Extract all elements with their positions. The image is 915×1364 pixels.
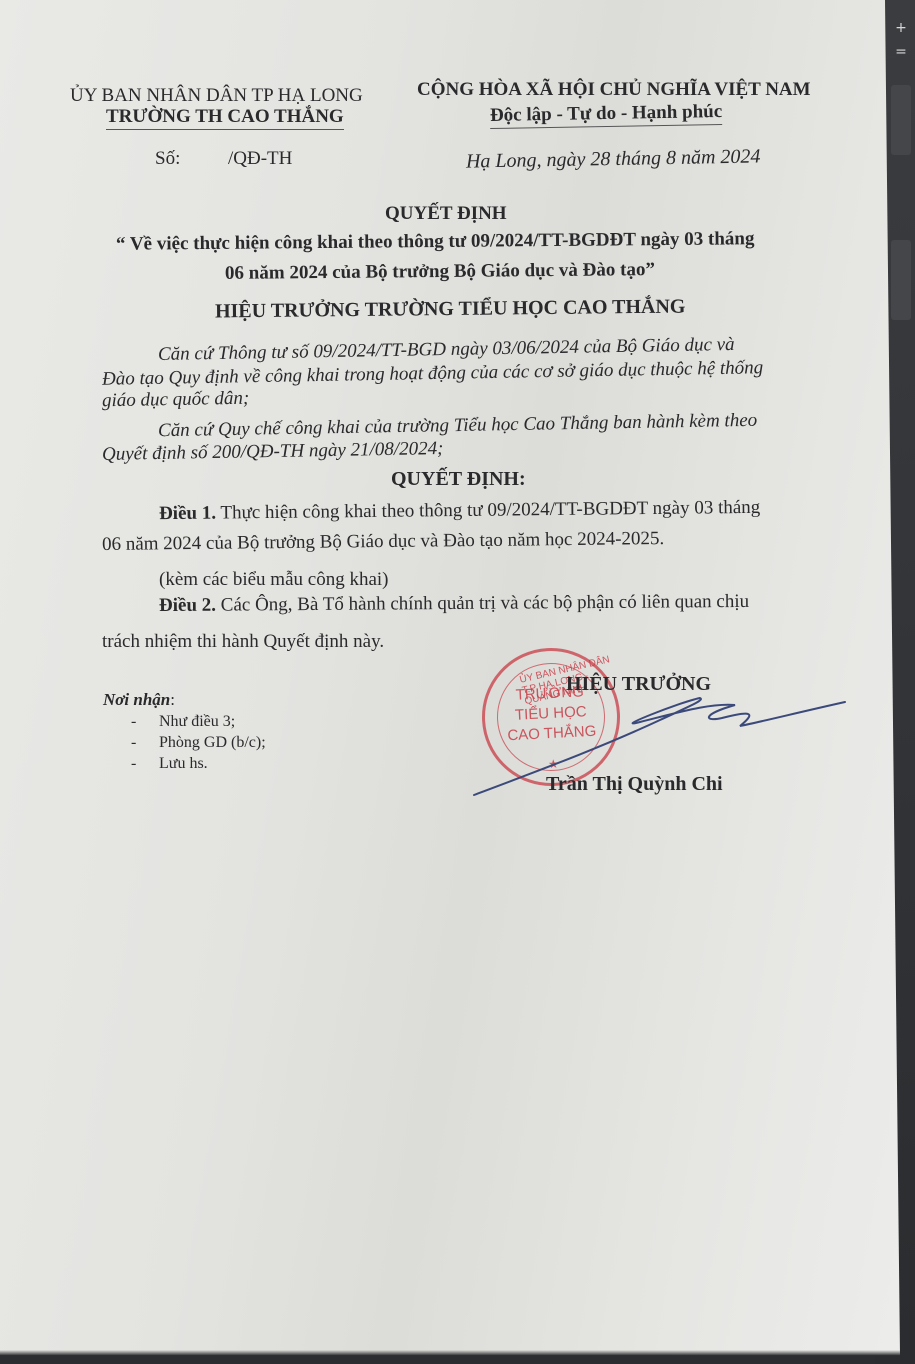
subject-line-2: 06 năm 2024 của Bộ trưởng Bộ Giáo dục và… xyxy=(225,259,655,285)
place-date: Hạ Long, ngày 28 tháng 8 năm 2024 xyxy=(466,145,761,173)
equals-key-icon: = xyxy=(889,44,913,60)
recipients-list: -Như điều 3; -Phòng GD (b/c); -Lưu hs. xyxy=(131,711,266,774)
issuing-authority: ỦY BAN NHÂN DÂN TP HẠ LONG xyxy=(70,85,363,107)
recipient-item: -Như điều 3; xyxy=(131,711,266,732)
document-page: ỦY BAN NHÂN DÂN TP HẠ LONG TRƯỜNG TH CAO… xyxy=(0,0,900,1356)
article-2-label: Điều 2. xyxy=(159,595,216,616)
keyboard-key xyxy=(891,85,911,155)
school-name: TRƯỜNG TH CAO THẮNG xyxy=(106,106,344,130)
doc-number-label: Số: xyxy=(155,148,180,170)
signer-name: Trần Thị Quỳnh Chi xyxy=(546,773,723,796)
recipient-item: -Lưu hs. xyxy=(131,753,266,774)
official-seal: ỦY BAN NHÂN DÂN T.P HẠ LONG · QUẢNG NINH… xyxy=(478,644,623,789)
subject-line-1: “ Về việc thực hiện công khai theo thông… xyxy=(116,228,755,256)
article-1-label: Điều 1. xyxy=(159,503,216,525)
recipients-label: Nơi nhận: xyxy=(103,690,175,710)
article-1-line-2: 06 năm 2024 của Bộ trưởng Bộ Giáo dục và… xyxy=(102,525,665,558)
article-1-line-1: Điều 1. Thực hiện công khai theo thông t… xyxy=(159,494,761,527)
article-2-line-1: Điều 2. Các Ông, Bà Tổ hành chính quản t… xyxy=(159,588,749,619)
article-2-line-2: trách nhiệm thi hành Quyết định này. xyxy=(102,628,384,655)
issuer-title: HIỆU TRƯỞNG TRƯỜNG TIỂU HỌC CAO THẮNG xyxy=(215,296,686,324)
signer-title: HIỆU TRƯỞNG xyxy=(566,673,711,696)
recipient-item: -Phòng GD (b/c); xyxy=(131,732,266,753)
preamble-2-line-2: Quyết định số 200/QĐ-TH ngày 21/08/2024; xyxy=(102,435,444,468)
decides-heading: QUYẾT ĐỊNH: xyxy=(391,468,526,491)
national-motto: Độc lập - Tự do - Hạnh phúc xyxy=(490,101,723,129)
doc-type-title: QUYẾT ĐỊNH xyxy=(385,203,507,225)
nation-title: CỘNG HÒA XÃ HỘI CHỦ NGHĨA VIỆT NAM xyxy=(417,79,811,101)
plus-key-icon: + xyxy=(889,20,913,36)
doc-number: /QĐ-TH xyxy=(228,148,292,170)
keyboard-key xyxy=(891,240,911,320)
article-1-note: (kèm các biểu mẫu công khai) xyxy=(159,566,388,593)
preamble-1-line-3: giáo dục quốc dân; xyxy=(102,385,250,415)
